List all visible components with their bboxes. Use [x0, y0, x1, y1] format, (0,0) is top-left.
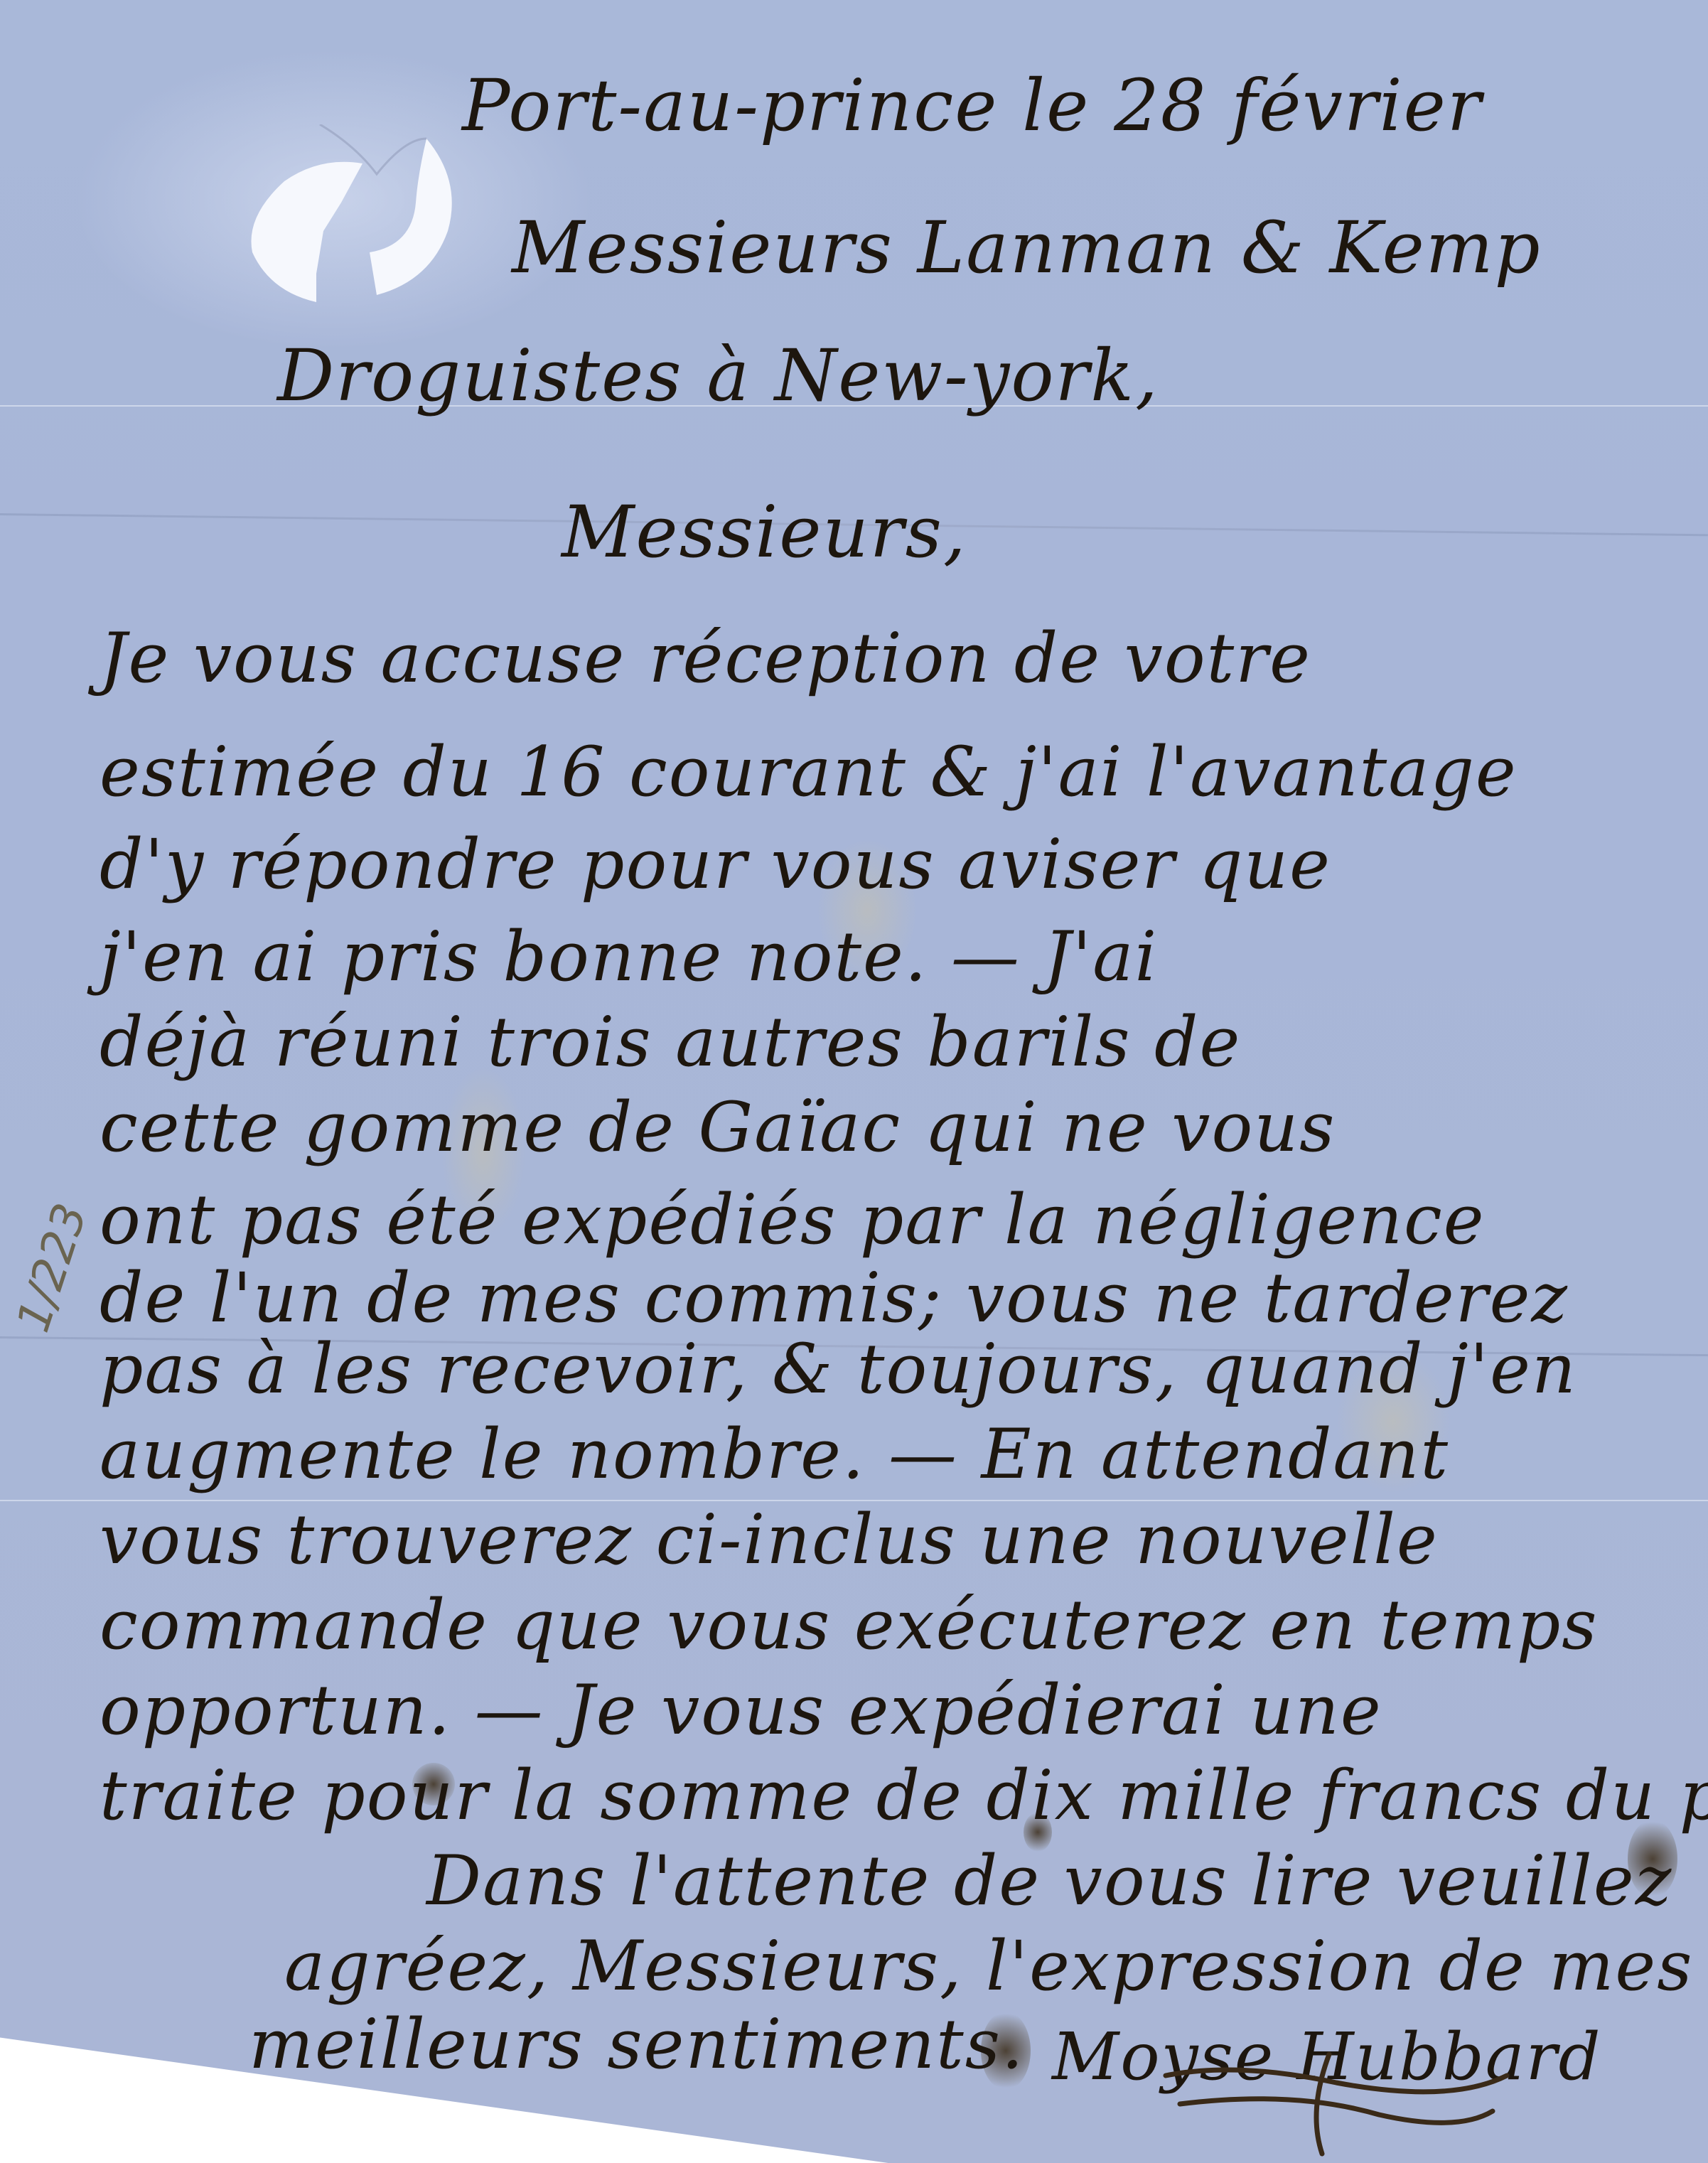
- closing-line: meilleurs sentiments.: [249, 2004, 1024, 2084]
- body-line: commande que vous exécuterez en temps: [100, 1585, 1599, 1665]
- body-line: d'y répondre pour vous aviser que: [100, 825, 1331, 904]
- body-line: j'en ai pris bonne note. — J'ai: [100, 917, 1158, 997]
- body-line: augmente le nombre. — En attendant: [100, 1415, 1449, 1494]
- torn-hole: [235, 124, 469, 316]
- body-line: déjà réuni trois autres barils de: [100, 1002, 1241, 1082]
- body-line: traite pour la somme de dix mille francs…: [100, 1756, 1708, 1835]
- closing-line: Dans l'attente de vous lire veuillez: [426, 1841, 1672, 1921]
- body-line: Je vous accuse réception de votre: [100, 618, 1311, 698]
- body-line: pas à les recevoir, & toujours, quand j'…: [100, 1329, 1577, 1409]
- body-line: cette gomme de Gaïac qui ne vous: [100, 1088, 1336, 1167]
- signature-flourish: [1151, 2047, 1521, 2161]
- body-line: vous trouverez ci-inclus une nouvelle: [100, 1500, 1439, 1579]
- letter-sheet: Port-au-prince le 28 février Messieurs L…: [0, 0, 1708, 2163]
- place-date-line: Port-au-prince le 28 février: [462, 64, 1483, 147]
- addressee-line-2: Droguistes à New-york,: [277, 334, 1159, 417]
- closing-line: agréez, Messieurs, l'expression de mes: [284, 1926, 1693, 2006]
- body-line: ont pas été expédiés par la négligence: [100, 1180, 1486, 1260]
- body-line: de l'un de mes commis; vous ne tarderez: [100, 1258, 1569, 1338]
- margin-reference-number: 1/223: [7, 1198, 97, 1338]
- addressee-line-1: Messieurs Lanman & Kemp: [512, 206, 1542, 289]
- salutation: Messieurs,: [562, 490, 967, 574]
- body-line: opportun. — Je vous expédierai une: [100, 1670, 1382, 1750]
- body-line: estimée du 16 courant & j'ai l'avantage: [100, 732, 1518, 812]
